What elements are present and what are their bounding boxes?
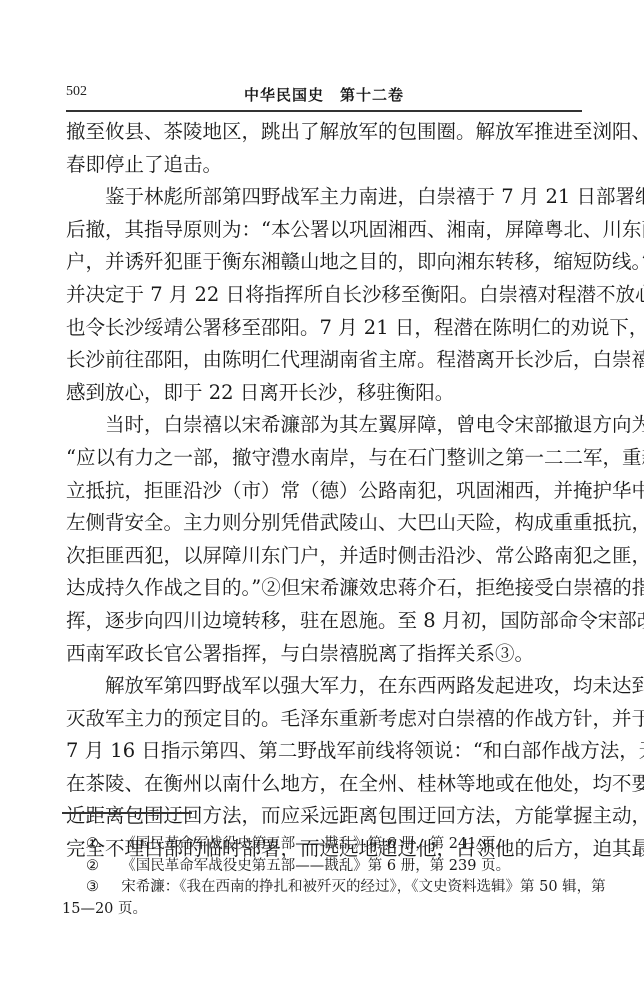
footnote-rule xyxy=(62,812,192,814)
body-line: 也令长沙绥靖公署移至邵阳。7 月 21 日，程潜在陈明仁的劝说下，从 xyxy=(66,312,582,345)
body-line: 当时，白崇禧以宋希濂部为其左翼屏障，曾电令宋部撤退方向为： xyxy=(66,409,582,442)
body-line: 撤至攸县、茶陵地区，跳出了解放军的包围圈。解放军推进至浏阳、宜 xyxy=(66,116,582,149)
body-line: 灭敌军主力的预定目的。毛泽东重新考虑对白崇禧的作战方针，并于 xyxy=(66,703,582,736)
footnote-continuation: 15—20 页。 xyxy=(62,899,562,921)
footnote: ① 《国民革命军战役史第五部——戡乱》第 6 册，第 241 页。 xyxy=(62,834,562,856)
footnote: ③ 宋希濂：《我在西南的挣扎和被歼灭的经过》，《文史资料选辑》第 50 辑，第 xyxy=(62,877,562,899)
body-line: 户，并诱歼犯匪于衡东湘赣山地之目的，即向湘东转移，缩短防线。”① xyxy=(66,246,582,279)
header-rule xyxy=(66,110,582,112)
body-line: 立抵抗，拒匪沿沙（市）常（德）公路南犯，巩固湘西，并掩护华中主力军 xyxy=(66,475,582,508)
body-line: 后撤，其指导原则为：“本公署以巩固湘西、湘南，屏障粤北、川东两大门 xyxy=(66,214,582,247)
body-line: “应以有力之一部，撤守澧水南岸，与在石门整训之第一二二军，重新建 xyxy=(66,442,582,475)
footnotes: ① 《国民革命军战役史第五部——戡乱》第 6 册，第 241 页。② 《国民革命… xyxy=(62,834,562,920)
footnote-mark: ① xyxy=(62,834,114,856)
body-line: 解放军第四野战军以强大军力，在东西两路发起进攻，均未达到歼 xyxy=(66,670,582,703)
body-line: 并决定于 7 月 22 日将指挥所自长沙移至衡阳。白崇禧对程潜不放心， xyxy=(66,279,582,312)
body-line: 鉴于林彪所部第四野战军主力南进，白崇禧于 7 月 21 日部署继续 xyxy=(66,181,582,214)
running-title: 中华民国史 第十二卷 xyxy=(66,84,582,105)
body-line: 次拒匪西犯，以屏障川东门户，并适时侧击沿沙、常公路南犯之匪，期以 xyxy=(66,540,582,573)
body-line: 西南军政长官公署指挥，与白崇禧脱离了指挥关系③。 xyxy=(66,638,582,671)
footnote-text: 宋希濂：《我在西南的挣扎和被歼灭的经过》，《文史资料选辑》第 50 辑，第 xyxy=(121,879,605,895)
body-line: 长沙前往邵阳，由陈明仁代理湖南省主席。程潜离开长沙后，白崇禧才 xyxy=(66,344,582,377)
body-line: 挥，逐步向四川边境转移，驻在恩施。至 8 月初，国防部命令宋部改归 xyxy=(66,605,582,638)
body-text: 撤至攸县、茶陵地区，跳出了解放军的包围圈。解放军推进至浏阳、宜春即停止了追击。鉴… xyxy=(66,116,582,866)
body-line: 近距离包围迂回方法，而应采远距离包围迂回方法，方能掌握主动，即 xyxy=(66,800,582,833)
body-line: 左侧背安全。主力则分别凭借武陵山、大巴山天险，构成重重抵抗，逐 xyxy=(66,507,582,540)
body-line: 在茶陵、在衡州以南什么地方，在全州、桂林等地或在他处，均不要采取 xyxy=(66,768,582,801)
footnote-mark: ③ xyxy=(62,877,114,899)
body-line: 7 月 16 日指示第四、第二野战军前线将领说：“和白部作战方法，无论 xyxy=(66,735,582,768)
body-line: 春即停止了追击。 xyxy=(66,149,582,182)
page-header: 502 中华民国史 第十二卷 xyxy=(66,84,582,108)
footnote: ② 《国民革命军战役史第五部——戡乱》第 6 册，第 239 页。 xyxy=(62,856,562,878)
body-line: 感到放心，即于 22 日离开长沙，移驻衡阳。 xyxy=(66,377,582,410)
footnote-mark: ② xyxy=(62,856,114,878)
footnote-text: 《国民革命军战役史第五部——戡乱》第 6 册，第 239 页。 xyxy=(121,858,510,874)
body-line: 达成持久作战之目的。”②但宋希濂效忠蒋介石，拒绝接受白崇禧的指 xyxy=(66,572,582,605)
footnote-text: 《国民革命军战役史第五部——戡乱》第 6 册，第 241 页。 xyxy=(121,836,510,852)
